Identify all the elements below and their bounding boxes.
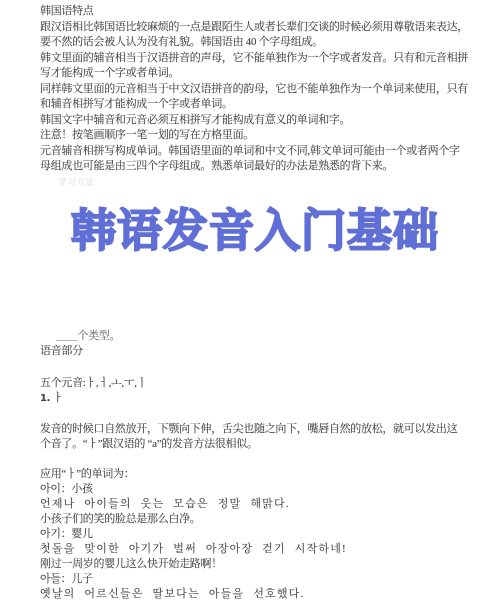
example-chinese-translation: 刚过一周岁的婴儿这么快开始走路啊！ (40, 557, 470, 572)
example-chinese-translation: 小孩子们的笑的脸总是那么白净。 (40, 512, 470, 527)
text-line: 要不然的话会被人认为没有礼貌。韩国语由 40 个字母组成。 (40, 35, 470, 51)
text-line: 同样韩文里面的元音相当于中文汉语拼音的韵母，它也不能单独作为一个单词来使用，只有 (40, 82, 470, 98)
document-page: 韩国语特点 跟汉语相比韩国语比较麻烦的一点是跟陌生人或者长辈们交谈的时候必须用尊… (0, 0, 500, 600)
text-line: 发音的时候口自然放开，下颚向下伸，舌尖也随之向下，嘴唇自然的放松，就可以发出这 (40, 422, 470, 438)
phonetics-section-heading: 语音部分 (40, 344, 470, 360)
text-line: 写才能构成一个字或者单词。 (40, 66, 470, 82)
example-korean-sentence: 첫돌을 맞이한 아기가 벌써 아장아장 걷기 시작하네! (40, 542, 470, 557)
text-line: 注意！按笔画顺序一笔一划的写在方格里面。 (40, 128, 470, 144)
example-word: 아들：儿子 (40, 572, 470, 587)
vowel-item-number: 1. (40, 393, 50, 404)
text-line: 跟汉语相比韩国语比较麻烦的一点是跟陌生人或者长辈们交谈的时候必须用尊敬语来表达， (40, 20, 470, 36)
usage-heading: 应用“ㅏ”的单词为： (40, 467, 470, 483)
pronunciation-description: 发音的时候口自然放开，下颚向下伸，舌尖也随之向下，嘴唇自然的放松，就可以发出这 … (40, 422, 470, 453)
example-korean-sentence: 언제나 아이들의 웃는 모습은 정말 해맑다. (40, 497, 470, 512)
example-words-list: 아이：小孩 언제나 아이들의 웃는 모습은 정말 해맑다. 小孩子们的笑的脸总是… (40, 482, 470, 600)
text-line: 母组成也可能是由三四个字母组成。熟悉单词最好的办法是熟悉的背下来。 (40, 159, 470, 175)
example-korean-sentence: 옛날의 어르신들은 딸보다는 아들을 선호했다. (40, 587, 470, 600)
vowels-list-line: 五个元音:ㅏ,ㅓ,ㅗ,ㅜ,ㅣ (40, 376, 470, 392)
text-line: 韩国文字中辅音和元音必须互相拼写才能构成有意义的单词和字。 (40, 113, 470, 129)
text-line: 和辅音相拼写才能构成一个字或者单词。 (40, 97, 470, 113)
vowel-item-line: 1. ㅏ (40, 391, 470, 407)
features-paragraph: 韩国语特点 跟汉语相比韩国语比较麻烦的一点是跟陌生人或者长辈们交谈的时候必须用尊… (40, 4, 470, 175)
vowel-item-glyph: ㅏ (53, 392, 63, 404)
faded-text-artifact: 学习方法 (40, 175, 470, 189)
example-word: 아이：小孩 (40, 482, 470, 497)
text-line: 韩文里面的辅音相当于汉语拼音的声母，它不能单独作为一个字或者发音。只有和元音相拼 (40, 51, 470, 67)
page-title: 韩语发音入门基础 (40, 203, 470, 259)
partial-text-line: ＿＿个类型。 (40, 329, 470, 345)
text-line: 个音了。“ㅏ”跟汉语的 “a”的发音方法很相似。 (40, 437, 470, 453)
example-word: 아기：婴儿 (40, 527, 470, 542)
features-heading: 韩国语特点 (40, 4, 470, 20)
text-line: 元音辅音相拼写构成单词。韩国语里面的单词和中文不同,韩文单词可能由一个或者两个字 (40, 144, 470, 160)
